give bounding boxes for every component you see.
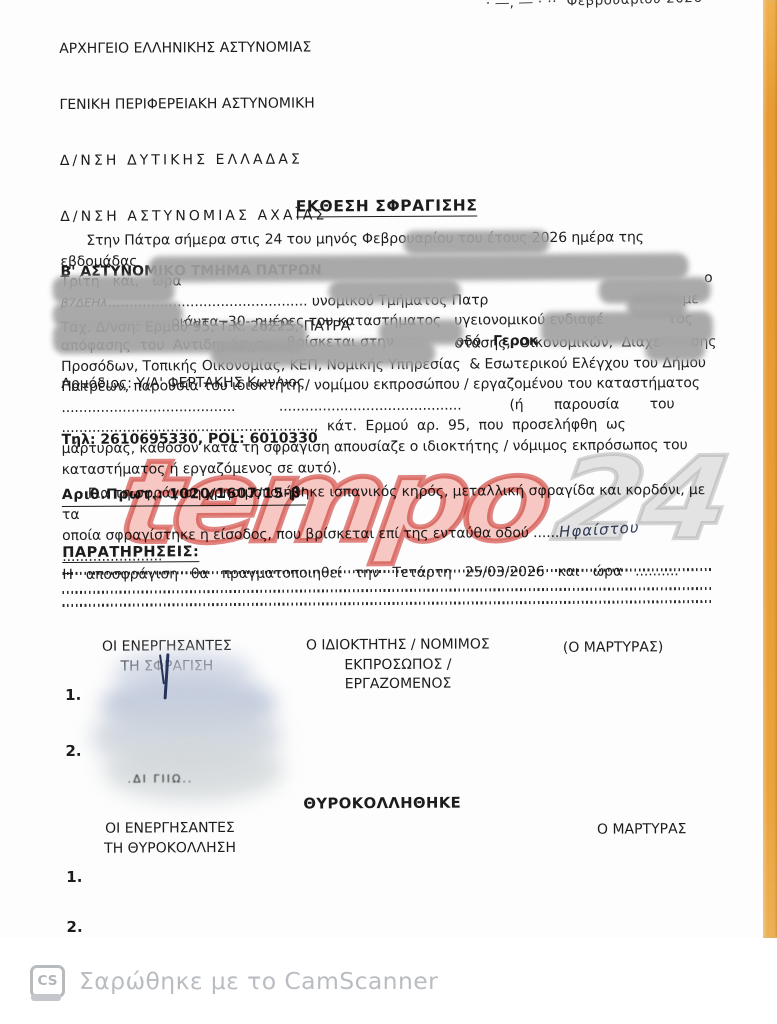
redaction-blob bbox=[211, 340, 435, 367]
posting-witness-heading: Ο ΜΑΡΤΥΡΑΣ bbox=[597, 820, 707, 840]
document-scan: · ―, ― · ·· Φεβρουαρίου 2026 ΑΡΧΗΓΕΙΟ ΕΛ… bbox=[0, 0, 777, 1024]
posting-number-2: 2. bbox=[66, 918, 82, 936]
handwriting-remnant: .ΔΙ ΓΙΙΩ.. bbox=[128, 772, 194, 785]
camscanner-icon: CS bbox=[30, 965, 65, 998]
owner-representative-heading: Ο ΙΔΙΟΚΤΗΤΗΣ / ΝΟΜΙΜΟΣ ΕΚΠΡΟΣΩΠΟΣ / ΕΡΓΑ… bbox=[289, 635, 507, 695]
redaction-blob bbox=[403, 230, 549, 255]
photo-edge-strip bbox=[763, 0, 777, 938]
blurred-signature bbox=[103, 739, 283, 802]
posting-number-1: 1. bbox=[66, 868, 82, 886]
redaction-blob bbox=[329, 280, 461, 304]
door-posted-heading: ΘΥΡΟΚΟΛΛΗΘΗΚΕ bbox=[240, 794, 525, 813]
corner-date-fragment: · ―, ― · ·· Φεβρουαρίου 2026 bbox=[486, 0, 703, 12]
signature-number-1: 1. bbox=[65, 686, 81, 704]
dotted-fill-line bbox=[62, 587, 712, 594]
notes-heading: ΠΑΡΑΤΗΡΗΣΕΙΣ: bbox=[62, 541, 199, 563]
redaction-blob bbox=[645, 338, 705, 361]
letterhead-line: Δ/ΝΣΗ ΔΥΤΙΚΗΣ ΕΛΛΑΔΑΣ bbox=[60, 150, 350, 170]
letterhead-line: ΑΡΧΗΓΕΙΟ ΕΛΛΗΝΙΚΗΣ ΑΣΤΥΝΟΜΙΑΣ bbox=[59, 38, 349, 58]
p2-line: μάρτυρας, καθόσον κατά τη σφράγιση απουσ… bbox=[62, 435, 718, 460]
handwritten-street-name: Ηφαίστου bbox=[559, 518, 641, 543]
redaction-blob bbox=[53, 275, 175, 304]
p2-line: καταστήματος ή εργαζόμενος σε αυτό). bbox=[62, 456, 718, 481]
letterhead-line: ΓΕΝΙΚΗ ΠΕΡΙΦΕΡΕΙΑΚΗ ΑΣΤΥΝΟΜΙΚΗ bbox=[59, 94, 349, 114]
signature-number-2: 2. bbox=[65, 742, 81, 760]
dotted-fill-line bbox=[63, 600, 713, 607]
witness-heading: (Ο ΜΑΡΤΥΡΑΣ) bbox=[563, 638, 678, 658]
unsealing-date-line: Η αποσφράγιση θα πραγματοποιηθεί την Τετ… bbox=[62, 561, 718, 586]
scanned-document-page: · ―, ― · ·· Φεβρουαρίου 2026 ΑΡΧΗΓΕΙΟ ΕΛ… bbox=[0, 0, 777, 1024]
camscanner-footer: CS Σαρώθηκε με το CamScanner bbox=[0, 938, 777, 1024]
camscanner-caption: Σαρώθηκε με το CamScanner bbox=[79, 967, 438, 995]
posting-officers-heading: ΟΙ ΕΝΕΡΓΗΣΑΝΤΕΣ ΤΗ ΘΥΡΟΚΟΛΛΗΣΗ bbox=[94, 819, 246, 859]
document-title: ΕΚΘΕΣΗ ΣΦΡΑΓΙΣΗΣ bbox=[0, 194, 775, 220]
